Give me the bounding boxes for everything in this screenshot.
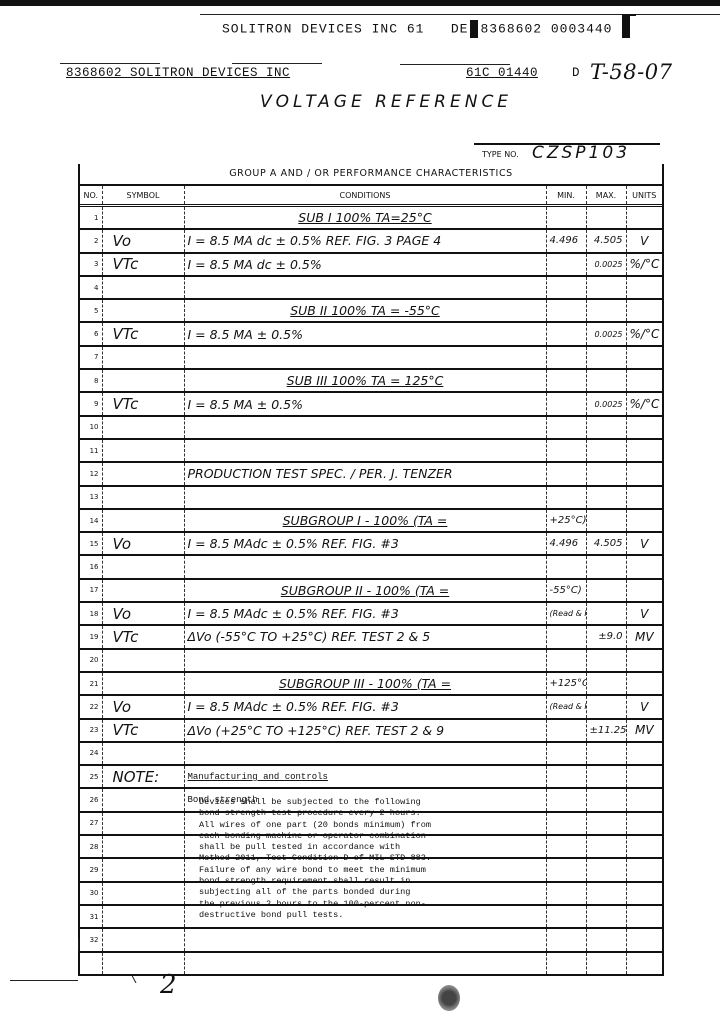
row-symbol: Vo [102,602,184,625]
row-max [586,672,626,695]
row-max [586,742,626,765]
row-max [586,276,626,299]
row-units: %/°C [626,322,662,345]
handwritten-code: T-58-07 [590,60,672,84]
row-number: 28 [80,835,102,858]
row-symbol: VTc [102,253,184,276]
row-min: -55°C) [546,579,586,602]
table-row: 5SUB II 100% TA = -55°C [80,299,662,322]
row-units [626,928,662,951]
row-number: 23 [80,719,102,742]
row-max [586,905,626,928]
row-symbol [102,928,184,951]
row-number: 29 [80,858,102,881]
row-min [546,369,586,392]
row-units [626,276,662,299]
row-max [586,462,626,485]
row-symbol [102,672,184,695]
row-min [546,322,586,345]
margin-mark [78,939,79,951]
row-units: MV [626,719,662,742]
row-min: +125°C) [546,672,586,695]
row-max: 0.0025 [586,253,626,276]
table-row: 21SUBGROUP III - 100% (TA =+125°C) [80,672,662,695]
row-conditions [184,742,546,765]
row-min [546,392,586,415]
type-no-label: TYPE NO. [482,150,519,159]
row-symbol: VTc [102,322,184,345]
row-min [546,416,586,439]
row-max [586,509,626,532]
table-row: 6VTcI = 8.5 MA ± 0.5%0.0025%/°C [80,322,662,345]
row-number: 6 [80,322,102,345]
row-number: 31 [80,905,102,928]
row-conditions [184,649,546,672]
row-number: 2 [80,229,102,252]
row-units: V [626,695,662,718]
row-conditions [184,555,546,578]
row-number: 18 [80,602,102,625]
row-number: 9 [80,392,102,415]
row-conditions [184,439,546,462]
scan-top-edge [0,0,720,6]
row-min [546,346,586,369]
rule [232,63,322,64]
header-code: DE [451,21,469,36]
row-min [546,486,586,509]
row-max [586,486,626,509]
row-units: %/°C [626,253,662,276]
row-max [586,649,626,672]
table-row: 10 [80,416,662,439]
row-number: 8 [80,369,102,392]
group-title: GROUP A AND / OR PERFORMANCE CHARACTERIS… [80,164,662,186]
row-symbol: VTc [102,625,184,648]
row-symbol: Vo [102,695,184,718]
row-symbol [102,905,184,928]
row-units: V [626,602,662,625]
col-no: NO. [80,186,102,206]
row-conditions: SUB I 100% TA=25°C [184,206,546,230]
row-symbol: Vo [102,532,184,555]
row-symbol [102,812,184,835]
row-max: 0.0025 [586,392,626,415]
scan-bracket [622,14,630,38]
row-units [626,835,662,858]
row-min: +25°C) [546,509,586,532]
row-conditions: I = 8.5 MA dc ± 0.5% REF. FIG. 3 PAGE 4 [184,229,546,252]
row-conditions: PRODUCTION TEST SPEC. / PER. J. TENZER [184,462,546,485]
row-conditions: Manufacturing and controls [184,765,546,788]
row-max [586,812,626,835]
row-conditions [184,276,546,299]
row-units [626,649,662,672]
row-max [586,765,626,788]
row-symbol [102,649,184,672]
row-min [546,952,586,975]
row-min [546,788,586,811]
row-conditions [184,952,546,975]
col-units: UNITS [626,186,662,206]
row-units [626,882,662,905]
header-line-1: SOLITRON DEVICES INC 61 DE8368602 000344… [222,20,630,38]
row-symbol: NOTE: [102,765,184,788]
row-units [626,299,662,322]
row-number: 30 [80,882,102,905]
row-max [586,369,626,392]
col-symbol: SYMBOL [102,186,184,206]
table-row: 16 [80,555,662,578]
row-number: 21 [80,672,102,695]
row-units [626,462,662,485]
row-max [586,579,626,602]
row-min [546,462,586,485]
row-number: 19 [80,625,102,648]
row-units: MV [626,625,662,648]
row-number: 26 [80,788,102,811]
header-line2-company: 8368602 SOLITRON DEVICES INC [66,66,290,80]
rule [60,63,160,64]
row-symbol [102,742,184,765]
row-min [546,625,586,648]
row-number: 12 [80,462,102,485]
row-number: 7 [80,346,102,369]
row-min [546,905,586,928]
table-row: 2VoI = 8.5 MA dc ± 0.5% REF. FIG. 3 PAGE… [80,229,662,252]
row-conditions: SUBGROUP III - 100% (TA = [184,672,546,695]
row-conditions: I = 8.5 MAdc ± 0.5% REF. FIG. #3 [184,695,546,718]
header-line2-code: 61C 01440 [466,66,538,80]
row-symbol [102,276,184,299]
row-min [546,858,586,881]
row-units [626,812,662,835]
row-units [626,206,662,230]
table-row: 4 [80,276,662,299]
table-row: 8SUB III 100% TA = 125°C [80,369,662,392]
row-max [586,416,626,439]
row-units: %/°C [626,392,662,415]
row-conditions [184,416,546,439]
row-number: 22 [80,695,102,718]
row-symbol [102,835,184,858]
row-min [546,439,586,462]
row-number: 32 [80,928,102,951]
row-min [546,812,586,835]
row-min [546,206,586,230]
table-row: 18VoI = 8.5 MAdc ± 0.5% REF. FIG. #3(Rea… [80,602,662,625]
header-company: SOLITRON DEVICES INC 61 [222,21,424,36]
row-number: 15 [80,532,102,555]
row-max [586,928,626,951]
row-units [626,765,662,788]
table-row: 3VTcI = 8.5 MA dc ± 0.5%0.0025%/°C [80,253,662,276]
row-max: 4.505 [586,532,626,555]
table-row: 11 [80,439,662,462]
row-max [586,439,626,462]
row-max [586,788,626,811]
row-units [626,369,662,392]
row-units [626,416,662,439]
row-symbol [102,369,184,392]
col-min: MIN. [546,186,586,206]
table-row: 1SUB I 100% TA=25°C [80,206,662,230]
row-min [546,765,586,788]
row-symbol [102,439,184,462]
row-symbol [102,346,184,369]
table-row: 23VTcΔVo (+25°C TO +125°C) REF. TEST 2 &… [80,719,662,742]
row-units [626,579,662,602]
row-conditions: SUB III 100% TA = 125°C [184,369,546,392]
row-number: 25 [80,765,102,788]
table-row: 22VoI = 8.5 MAdc ± 0.5% REF. FIG. #3(Rea… [80,695,662,718]
row-number: 13 [80,486,102,509]
header-doc-number: 8368602 0003440 2 [480,21,630,36]
rule [400,64,510,65]
row-number: 11 [80,439,102,462]
row-symbol [102,416,184,439]
row-symbol: VTc [102,392,184,415]
row-number [80,952,102,975]
page-number: 2 [160,970,177,1000]
row-number: 5 [80,299,102,322]
row-units [626,858,662,881]
stamp-mark [438,985,460,1011]
table-header-row: NO. SYMBOL CONDITIONS MIN. MAX. UNITS [80,186,662,206]
row-symbol [102,858,184,881]
row-conditions: I = 8.5 MAdc ± 0.5% REF. FIG. #3 [184,532,546,555]
table-row: 13 [80,486,662,509]
row-max [586,206,626,230]
row-units: V [626,229,662,252]
row-max [586,555,626,578]
margin-rule [10,980,78,981]
scan-bracket-top [622,14,636,16]
row-symbol [102,788,184,811]
row-conditions: I = 8.5 MAdc ± 0.5% REF. FIG. #3 [184,602,546,625]
row-min [546,253,586,276]
row-number: 27 [80,812,102,835]
row-symbol [102,486,184,509]
row-units [626,509,662,532]
table-row: 12PRODUCTION TEST SPEC. / PER. J. TENZER [80,462,662,485]
row-conditions: SUBGROUP I - 100% (TA = [184,509,546,532]
row-conditions: SUB II 100% TA = -55°C [184,299,546,322]
row-max [586,346,626,369]
table-row: 19VTcΔVo (-55°C TO +25°C) REF. TEST 2 & … [80,625,662,648]
header-rule [200,14,720,15]
row-min [546,719,586,742]
row-min [546,276,586,299]
row-max [586,695,626,718]
row-conditions [184,928,546,951]
row-min [546,928,586,951]
row-min: (Read & Record) [546,602,586,625]
row-max: ±11.25 [586,719,626,742]
row-min: 4.496 [546,229,586,252]
row-min [546,299,586,322]
col-max: MAX. [586,186,626,206]
row-number: 1 [80,206,102,230]
table-row: 20 [80,649,662,672]
row-symbol [102,509,184,532]
row-units [626,952,662,975]
row-conditions: ΔVo (-55°C TO +25°C) REF. TEST 2 & 5 [184,625,546,648]
row-min [546,882,586,905]
row-conditions: I = 8.5 MA ± 0.5% [184,392,546,415]
row-min: (Read & Record) [546,695,586,718]
row-symbol [102,299,184,322]
row-max [586,299,626,322]
row-number: 17 [80,579,102,602]
row-number: 20 [80,649,102,672]
row-min [546,649,586,672]
row-units [626,346,662,369]
bond-strength-note: Devices shall be subjected to the follow… [199,797,435,921]
row-min [546,742,586,765]
row-max [586,882,626,905]
row-conditions: SUBGROUP II - 100% (TA = [184,579,546,602]
row-units [626,788,662,811]
row-units [626,439,662,462]
row-symbol [102,579,184,602]
document-title: VOLTAGE REFERENCE [260,92,512,112]
row-units [626,555,662,578]
row-max: 0.0025 [586,322,626,345]
row-number: 24 [80,742,102,765]
row-number: 10 [80,416,102,439]
col-conditions: CONDITIONS [184,186,546,206]
row-conditions [184,346,546,369]
row-max [586,952,626,975]
table-row: 9VTcI = 8.5 MA ± 0.5%0.0025%/°C [80,392,662,415]
table-row: 15VoI = 8.5 MAdc ± 0.5% REF. FIG. #34.49… [80,532,662,555]
row-units: V [626,532,662,555]
scan-mark [470,20,478,38]
row-max: 4.505 [586,229,626,252]
table-row: 14SUBGROUP I - 100% (TA =+25°C) [80,509,662,532]
table-row: 32 [80,928,662,951]
row-symbol [102,462,184,485]
row-symbol: VTc [102,719,184,742]
row-symbol: Vo [102,229,184,252]
margin-tick: \ [130,973,137,987]
row-conditions: ΔVo (+25°C TO +125°C) REF. TEST 2 & 9 [184,719,546,742]
row-max [586,835,626,858]
row-conditions: I = 8.5 MA dc ± 0.5% [184,253,546,276]
type-no-value: CZSP103 [532,143,630,163]
row-min [546,555,586,578]
row-units [626,742,662,765]
table-row: 24 [80,742,662,765]
row-units [626,672,662,695]
row-symbol [102,882,184,905]
header-line2-d: D [572,66,580,80]
row-conditions: I = 8.5 MA ± 0.5% [184,322,546,345]
row-number: 16 [80,555,102,578]
table-row: 17SUBGROUP II - 100% (TA =-55°C) [80,579,662,602]
row-max: ±9.0 [586,625,626,648]
row-units [626,905,662,928]
row-units [626,486,662,509]
row-min [546,835,586,858]
row-max [586,602,626,625]
row-symbol [102,206,184,230]
row-max [586,858,626,881]
row-min: 4.496 [546,532,586,555]
table-row: 25NOTE:Manufacturing and controls [80,765,662,788]
row-number: 3 [80,253,102,276]
table-row: 7 [80,346,662,369]
row-number: 14 [80,509,102,532]
row-symbol [102,555,184,578]
row-conditions [184,486,546,509]
row-number: 4 [80,276,102,299]
